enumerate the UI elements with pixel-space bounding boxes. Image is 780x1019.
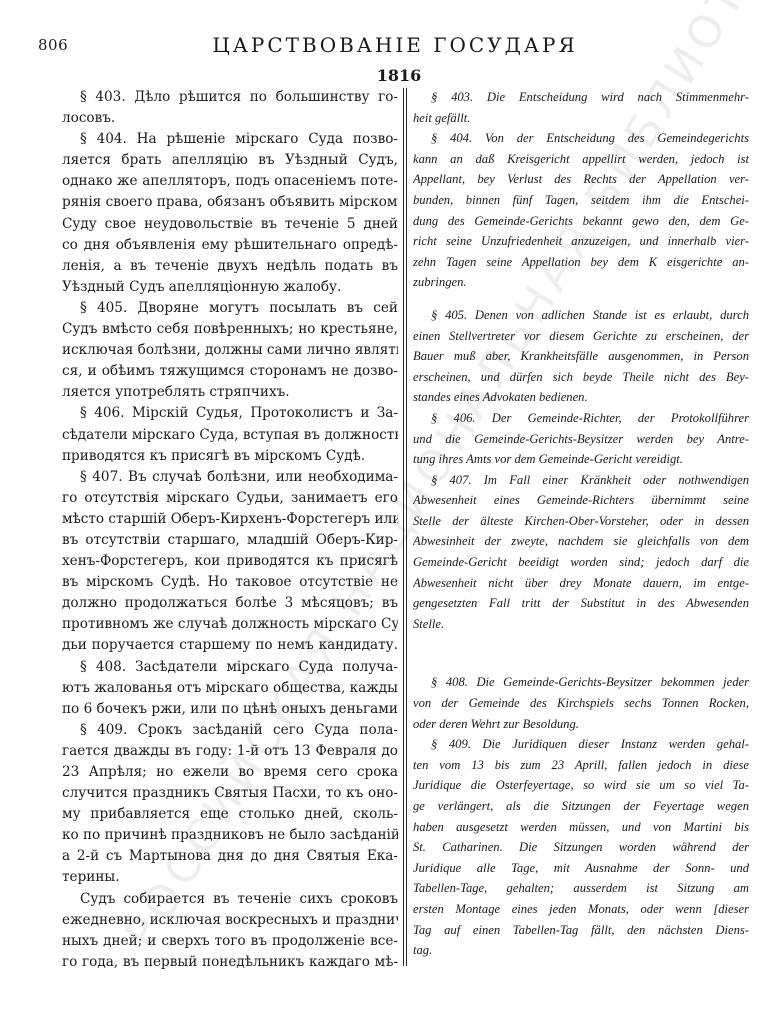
- text-line: erscheinen, und dürfen sich beyde Theile…: [413, 367, 749, 388]
- text-line: по 6 бочекъ ржи, или по цѣнѣ оныхъ деньг…: [62, 699, 398, 720]
- paragraph-gap: [413, 293, 749, 305]
- text-line: heit gefällt.: [413, 108, 749, 129]
- section-405-ru: § 405. Дворяне могутъ посылать въ сей Су…: [62, 298, 398, 403]
- text-line: ляется брать апелляцію въ Уѣздный Судъ,: [62, 150, 398, 171]
- text-line: въ отсутствіи старшаго, младшій Оберъ-Ки…: [62, 530, 398, 551]
- text-line: го года, въ первый понедѣльникъ каждаго …: [62, 952, 398, 973]
- document-page: 806 ЦАРСТВОВАНІЕ ГОСУДАРЯ 1816 РОССИЙСКА…: [0, 0, 780, 1019]
- text-line: Stelle der älteste Kirchen-Ober-Vorstehe…: [413, 511, 749, 532]
- text-line: Juridique alle Tage, mit Ausnahme der So…: [413, 858, 749, 879]
- text-line: Судъ вмѣсто себя повѣренныхъ; но крестья…: [62, 319, 398, 340]
- text-line: приводятся къ присягѣ въ мірскомъ Судѣ.: [62, 446, 398, 467]
- text-line: oder deren Wehrt zur Besoldung.: [413, 714, 749, 735]
- text-line: Tag auf einen Tabellen-Tag fällt, den nä…: [413, 920, 749, 941]
- text-line: дьи поручается старшему по немъ кандидат…: [62, 635, 398, 656]
- text-line: мѣсто старшій Оберъ-Кирхенъ-Форстегеръ и…: [62, 509, 398, 530]
- text-line: Appellant, bey Verlust des Rechts der Ap…: [413, 169, 749, 190]
- text-line: 23 Апрѣля; но ежели во время сего срока: [62, 762, 398, 783]
- text-line: und die Gemeinde-Gerichts-Beysitzer werd…: [413, 429, 749, 450]
- text-line: § 406. Мірскій Судья, Протоколистъ и За-: [62, 403, 398, 424]
- text-line: лосовъ.: [62, 108, 398, 129]
- text-line: со дня объявленія ему рѣшительнаго опред…: [62, 235, 398, 256]
- text-line: § 407. Въ случаѣ болѣзни, или необходима…: [62, 467, 398, 488]
- text-line: однако же апелляторъ, подъ опасеніемъ по…: [62, 171, 398, 192]
- text-line: kann an daß Kreisgericht appellirt werde…: [413, 149, 749, 170]
- text-line: му прибавляется еще столько дней, сколь-: [62, 804, 398, 825]
- russian-column: § 403. Дѣло рѣшится по большинству го- л…: [62, 87, 398, 973]
- text-line: § 405. Denen von adlichen Stande ist es …: [413, 305, 749, 326]
- section-403-ru: § 403. Дѣло рѣшится по большинству го- л…: [62, 87, 398, 129]
- section-406-ru: § 406. Мірскій Судья, Протоколистъ и За-…: [62, 403, 398, 466]
- text-line: § 405. Дворяне могутъ посылать въ сей: [62, 298, 398, 319]
- text-line: § 409. Die Juridiquen dieser Instanz wer…: [413, 734, 749, 755]
- text-line: gengesetzten Fall tritt der Substitut in…: [413, 593, 749, 614]
- text-line: ленія, а въ теченіе двухъ недѣль подать …: [62, 256, 398, 277]
- section-409-continuation-ru: Судъ собирается въ теченіе сихъ сроковъ …: [62, 889, 398, 973]
- text-line: § 409. Срокъ засѣданій сего Суда пола-: [62, 720, 398, 741]
- text-line: хенъ-Форстегеръ, кои приводятся къ прися…: [62, 551, 398, 572]
- text-line: го отсутствія мірскаго Судьи, занимаетъ …: [62, 488, 398, 509]
- text-line: противномъ же случаѣ должность мірскаго …: [62, 614, 398, 635]
- text-line: рянія своего права, обязанъ объявить мір…: [62, 192, 398, 213]
- text-line: должно продолжаться болѣе 3 мѣсяцовъ; въ: [62, 593, 398, 614]
- text-line: ко по причинѣ праздниковъ не было засѣда…: [62, 825, 398, 846]
- text-line: St. Catharinen. Die Sitzungen worden wäh…: [413, 837, 749, 858]
- section-406-de: § 406. Der Gemeinde-Richter, der Protoko…: [413, 408, 749, 470]
- text-line: Juridique die Osterfeyertage, so wird si…: [413, 775, 749, 796]
- text-line: ersten Montage eines jeden Monats, oder …: [413, 899, 749, 920]
- year-heading: 1816: [0, 66, 780, 85]
- text-line: standes eines Advokaten bedienen.: [413, 387, 749, 408]
- text-line: ютъ жалованья отъ мірскаго общества, каж…: [62, 678, 398, 699]
- text-line: ten vom 13 bis zum 23 Aprill, fallen jed…: [413, 755, 749, 776]
- text-line: Abwesinheit der zweyte, nachdem sie glei…: [413, 531, 749, 552]
- text-line: ge verlängert, als die Sitzungen der Fey…: [413, 796, 749, 817]
- text-line: zehn Tagen seine Appellation bey dem K e…: [413, 252, 749, 273]
- section-409-de: § 409. Die Juridiquen dieser Instanz wer…: [413, 734, 749, 961]
- text-line: ся, и обѣимъ тяжущимся сторонамъ не дозв…: [62, 361, 398, 382]
- text-line: einen Stellvertreter vor diesem Gerichte…: [413, 326, 749, 347]
- text-line: § 403. Дѣло рѣшится по большинству го-: [62, 87, 398, 108]
- text-line: Gemeinde-Gericht beeidigt worden sind; j…: [413, 552, 749, 573]
- text-line: ежедневно, исключая воскресныхъ и праздн…: [62, 910, 398, 931]
- section-404-ru: § 404. На рѣшеніе мірскаго Суда позво- л…: [62, 129, 398, 298]
- text-line: Уѣздный Судъ апелляціонную жалобу.: [62, 277, 398, 298]
- text-line: zubringen.: [413, 272, 749, 293]
- section-405-de: § 405. Denen von adlichen Stande ist es …: [413, 305, 749, 408]
- section-408-de: § 408. Die Gemeinde-Gerichts-Beysitzer b…: [413, 672, 749, 734]
- text-line: ляется употреблять стряпчихъ.: [62, 382, 398, 403]
- text-line: haben ausgesetzt werden müssen, und von …: [413, 817, 749, 838]
- section-404-de: § 404. Von der Entscheidung des Gemeinde…: [413, 128, 749, 293]
- column-divider: [403, 88, 407, 966]
- text-line: § 404. На рѣшеніе мірскаго Суда позво-: [62, 129, 398, 150]
- text-line: Bauer muß aber, Krankheitsfälle ausgenom…: [413, 346, 749, 367]
- text-line: терины.: [62, 867, 398, 888]
- text-line: § 407. Im Fall einer Kränkheit oder noth…: [413, 470, 749, 491]
- text-line: tag.: [413, 940, 749, 961]
- text-line: richt seine Unzufriedenheit anzuzeigen, …: [413, 231, 749, 252]
- text-line: § 403. Die Entscheidung wird nach Stimme…: [413, 87, 749, 108]
- section-407-ru: § 407. Въ случаѣ болѣзни, или необходима…: [62, 467, 398, 657]
- text-line: гается дважды въ году: 1-й отъ 13 Феврал…: [62, 741, 398, 762]
- text-line: dung des Gemeinde-Gerichts bekannt gewo …: [413, 211, 749, 232]
- text-line: bunden, binnen fünf Tagen, seitdem ihm d…: [413, 190, 749, 211]
- text-line: исключая болѣзни, должны сами лично явля…: [62, 340, 398, 361]
- text-line: tung ihres Amts vor dem Gemeinde-Gericht…: [413, 449, 749, 470]
- text-line: § 408. Засѣдатели мірскаго Суда получа-: [62, 657, 398, 678]
- section-403-de: § 403. Die Entscheidung wird nach Stimme…: [413, 87, 749, 128]
- text-line: въ мірскомъ Судѣ. Но таковое отсутствіе …: [62, 572, 398, 593]
- text-line: § 406. Der Gemeinde-Richter, der Protoko…: [413, 408, 749, 429]
- text-line: § 404. Von der Entscheidung des Gemeinde…: [413, 128, 749, 149]
- text-line: случится праздникъ Святыя Пасхи, то къ о…: [62, 783, 398, 804]
- text-line: § 408. Die Gemeinde-Gerichts-Beysitzer b…: [413, 672, 749, 693]
- section-407-de: § 407. Im Fall einer Kränkheit oder noth…: [413, 470, 749, 635]
- section-408-ru: § 408. Засѣдатели мірскаго Суда получа- …: [62, 657, 398, 720]
- paragraph-gap: [413, 634, 749, 672]
- text-line: Stelle.: [413, 614, 749, 635]
- text-line: сѣдатели мірскаго Суда, вступая въ должн…: [62, 425, 398, 446]
- text-line: Abwesenheit nicht über drey Monate dauer…: [413, 573, 749, 594]
- text-line: Tabellen-Tage, gehalten; ausserdem ist S…: [413, 878, 749, 899]
- running-head-title: ЦАРСТВОВАНІЕ ГОСУДАРЯ: [0, 33, 780, 57]
- text-line: Abwesenheit eines Gemeinde-Richters über…: [413, 490, 749, 511]
- text-line: von der Gemeinde des Kirchspiels sechs T…: [413, 693, 749, 714]
- text-line: Суду свое неудовольствіе въ теченіе 5 дн…: [62, 214, 398, 235]
- german-column: § 403. Die Entscheidung wird nach Stimme…: [413, 87, 749, 961]
- text-line: Судъ собирается въ теченіе сихъ сроковъ: [62, 889, 398, 910]
- text-line: а 2-й съ Мартынова дня до дня Святыя Ека…: [62, 846, 398, 867]
- text-line: ныхъ дней; и сверхъ того въ продолженіе …: [62, 931, 398, 952]
- section-409-ru: § 409. Срокъ засѣданій сего Суда пола- г…: [62, 720, 398, 889]
